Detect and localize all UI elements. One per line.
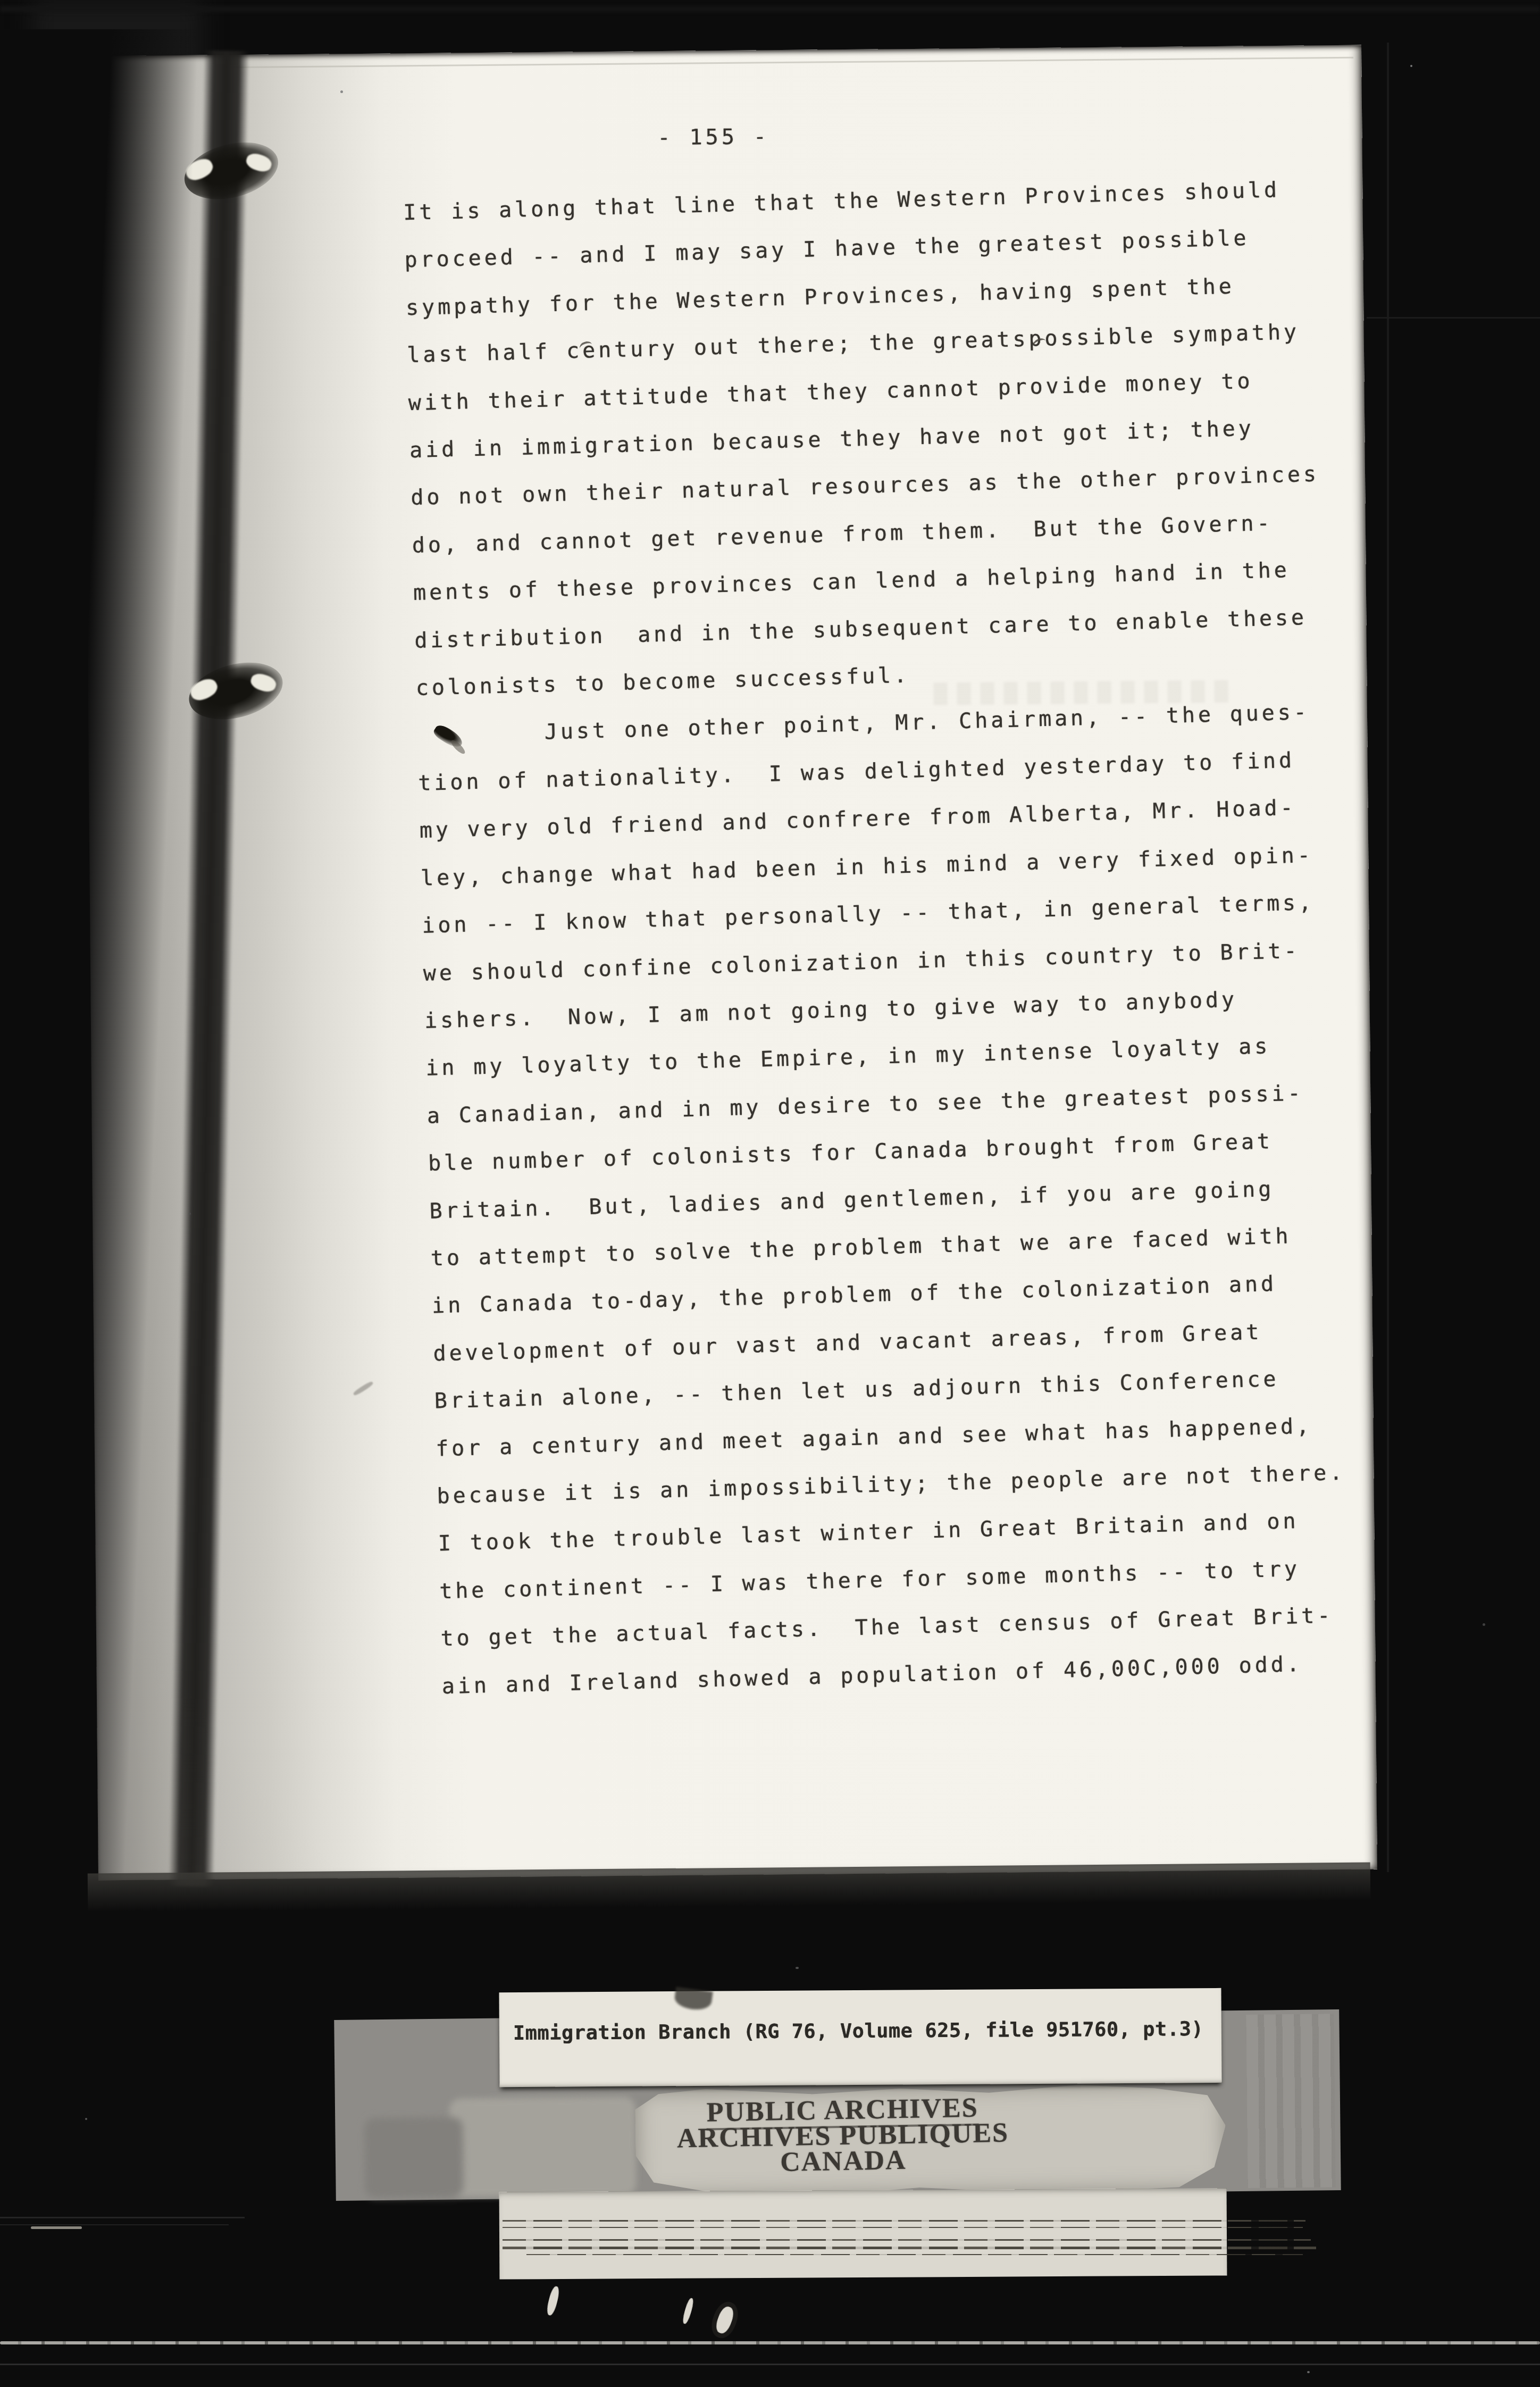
torn-notch bbox=[673, 1987, 713, 2012]
film-speck bbox=[545, 2285, 560, 2316]
band-streaks bbox=[1246, 2014, 1335, 2188]
document-page: - 155 - It is along that line that the W… bbox=[82, 45, 1377, 1881]
scratch-line bbox=[526, 2254, 1303, 2255]
film-speck bbox=[681, 2297, 694, 2324]
page-number: - 155 - bbox=[657, 124, 769, 150]
typed-line: Britain. But, ladies and gentlemen, if y… bbox=[429, 1164, 1338, 1235]
film-frame-divider bbox=[0, 6, 1540, 12]
typed-line: Just one other point, Mr. Chairman, -- t… bbox=[416, 689, 1326, 760]
page-scratch bbox=[226, 57, 1353, 69]
scratch-line bbox=[503, 2239, 1311, 2241]
scratch-line bbox=[503, 2220, 1305, 2222]
torn-paper-bit bbox=[249, 671, 278, 694]
typed-line: ble number of colonists for Canada broug… bbox=[428, 1116, 1337, 1188]
film-bright-line bbox=[0, 2341, 1540, 2344]
typed-line: my very old friend and confrere from Alb… bbox=[419, 783, 1329, 855]
band-blotch bbox=[449, 2097, 637, 2197]
typed-line: in Canada to-day, the problem of the col… bbox=[431, 1259, 1341, 1330]
dust-speck bbox=[1307, 2371, 1310, 2373]
typed-line: development of our vast and vacant areas… bbox=[432, 1307, 1342, 1378]
typed-line: ishers. Now, I am not going to give way … bbox=[424, 974, 1334, 1045]
film-speck bbox=[714, 2305, 736, 2335]
scratch-bright bbox=[31, 2226, 82, 2229]
pencil-mark bbox=[353, 1380, 374, 1396]
scratch-line bbox=[503, 2247, 1316, 2249]
scratch-line bbox=[0, 2217, 245, 2218]
ink-mark bbox=[432, 722, 465, 750]
dust-speck bbox=[189, 1213, 191, 1215]
reference-label: Immigration Branch (RG 76, Volume 625, f… bbox=[499, 1988, 1221, 2087]
erased-text-smudge bbox=[933, 680, 1231, 705]
typed-line: ley, change what had been in his mind a … bbox=[420, 831, 1330, 903]
archives-stamp: PUBLIC ARCHIVES ARCHIVES PUBLIQUES CANAD… bbox=[659, 2094, 1027, 2177]
typed-line: to get the actual facts. The last census… bbox=[440, 1592, 1350, 1663]
shadow-wedge bbox=[0, 29, 234, 1939]
torn-paper-bit bbox=[244, 151, 273, 174]
typed-line: ion -- I know that personally -- that, i… bbox=[421, 879, 1331, 950]
typed-line: colonists to become successful. bbox=[415, 641, 1325, 712]
film-faint-line bbox=[0, 2364, 1540, 2365]
typed-line: Britain alone, -- then let us adjourn th… bbox=[434, 1354, 1344, 1425]
typed-line: to attempt to solve the problem that we … bbox=[430, 1212, 1340, 1283]
pencil-mark bbox=[1031, 336, 1048, 351]
film-scratch bbox=[1367, 317, 1540, 319]
typed-line: It is along that line that the Western P… bbox=[403, 166, 1312, 237]
typed-line: we should confine colonization in this c… bbox=[423, 927, 1333, 998]
pencil-mark bbox=[579, 340, 593, 353]
typed-line: last half century out there; the greatsp… bbox=[406, 308, 1316, 380]
microfilm-frame: - 155 - It is along that line that the W… bbox=[0, 0, 1540, 2387]
typed-line: aid in immigration because they have not… bbox=[409, 403, 1319, 474]
film-strip-lower bbox=[499, 2188, 1227, 2279]
scratch-line bbox=[0, 2224, 229, 2225]
reference-label-text: Immigration Branch (RG 76, Volume 625, f… bbox=[513, 2017, 1203, 2044]
dust-speck bbox=[1483, 1623, 1485, 1626]
typed-line: in my loyalty to the Empire, in my inten… bbox=[425, 1021, 1335, 1092]
typed-line: sympathy for the Western Provinces, havi… bbox=[405, 261, 1315, 332]
dust-speck bbox=[796, 1967, 799, 1969]
dust-speck bbox=[1410, 65, 1412, 67]
typed-line: do not own their natural resources as th… bbox=[410, 451, 1320, 522]
typed-text-block: It is along that line that the Western P… bbox=[403, 166, 1351, 1711]
band-blotch bbox=[364, 2117, 464, 2198]
dust-speck bbox=[85, 2118, 87, 2120]
typed-line: because it is an impossibility; the peop… bbox=[436, 1449, 1346, 1521]
dust-speck bbox=[340, 90, 343, 93]
typed-line: a Canadian, and in my desire to see the … bbox=[426, 1069, 1336, 1140]
typed-line: ain and Ireland showed a population of 4… bbox=[441, 1639, 1351, 1710]
typed-line: with their attitude that they cannot pro… bbox=[408, 356, 1318, 427]
typed-line: proceed -- and I may say I have the grea… bbox=[404, 213, 1314, 285]
typed-line: tion of nationality. I was delighted yes… bbox=[417, 736, 1327, 807]
scratch-line bbox=[503, 2227, 1303, 2228]
typed-line: the continent -- I was there for some mo… bbox=[439, 1544, 1349, 1615]
typed-line: I took the trouble last winter in Great … bbox=[438, 1497, 1347, 1568]
typed-line: do, and cannot get revenue from them. Bu… bbox=[412, 498, 1321, 570]
typed-line: for a century and meet again and see wha… bbox=[435, 1401, 1345, 1473]
typed-line: ments of these provinces can lend a help… bbox=[413, 546, 1323, 617]
typed-line: distribution and in the subsequent care … bbox=[414, 594, 1324, 665]
